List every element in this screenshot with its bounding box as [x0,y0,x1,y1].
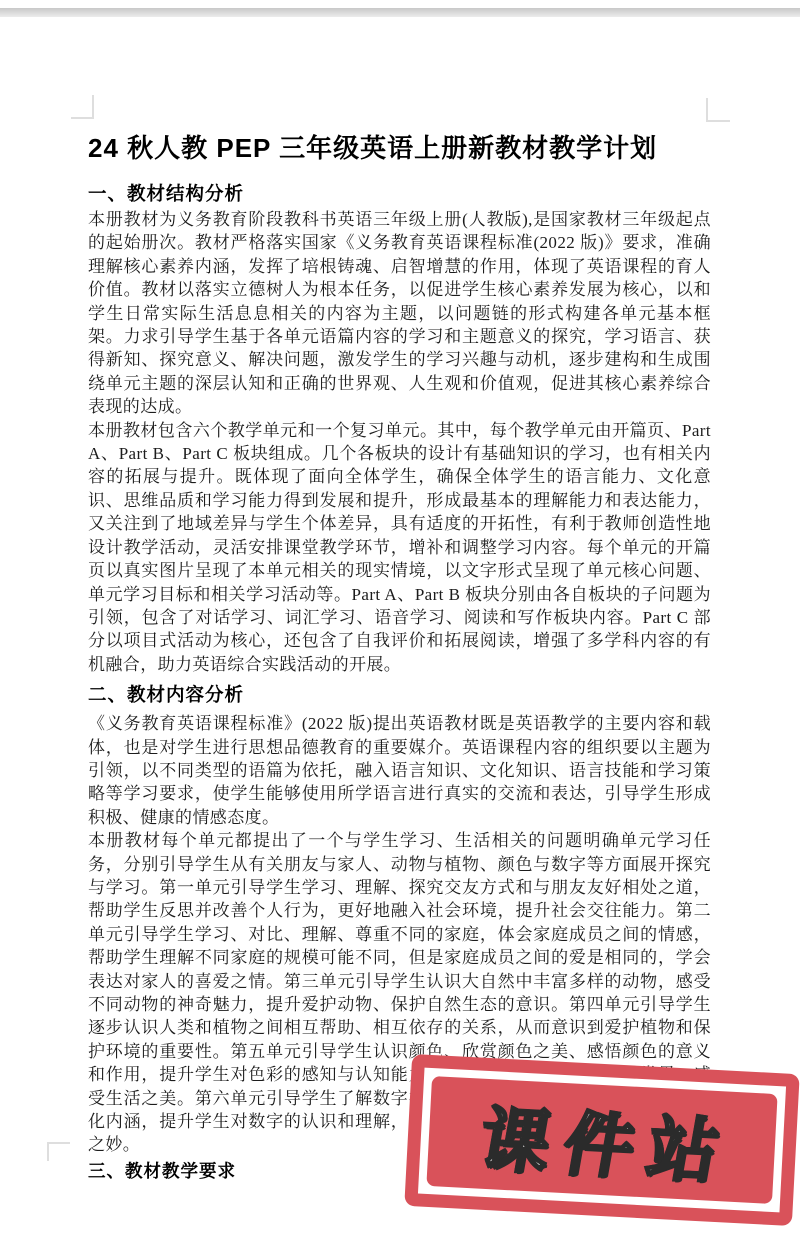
page-top-divider [0,8,800,17]
margin-crop-mark-top-left [71,95,94,119]
paragraph-structure-2: 本册教材包含六个教学单元和一个复习单元。其中，每个教学单元由开篇页、Part A… [88,419,711,676]
paragraph-content-1: 《义务教育英语课程标准》(2022 版)提出英语教材既是英语教学的主要内容和载体… [88,712,711,829]
watermark-stamp: 课件站 [404,1054,799,1226]
section-heading-structure-analysis: 一、教材结构分析 [88,183,711,205]
document-content: 24 秋人教 PEP 三年级英语上册新教材教学计划 一、教材结构分析 本册教材为… [88,130,711,1185]
document-title: 24 秋人教 PEP 三年级英语上册新教材教学计划 [88,130,711,166]
watermark-stamp-inner: 课件站 [426,1076,777,1204]
watermark-stamp-text: 课件站 [462,1083,741,1197]
margin-crop-mark-top-right [706,98,730,122]
paragraph-structure-1: 本册教材为义务教育阶段教科书英语三年级上册(人教版),是国家教材三年级起点的起始… [88,208,711,419]
margin-crop-mark-bottom-left [47,1142,70,1161]
section-heading-content-analysis: 二、教材内容分析 [88,684,711,706]
